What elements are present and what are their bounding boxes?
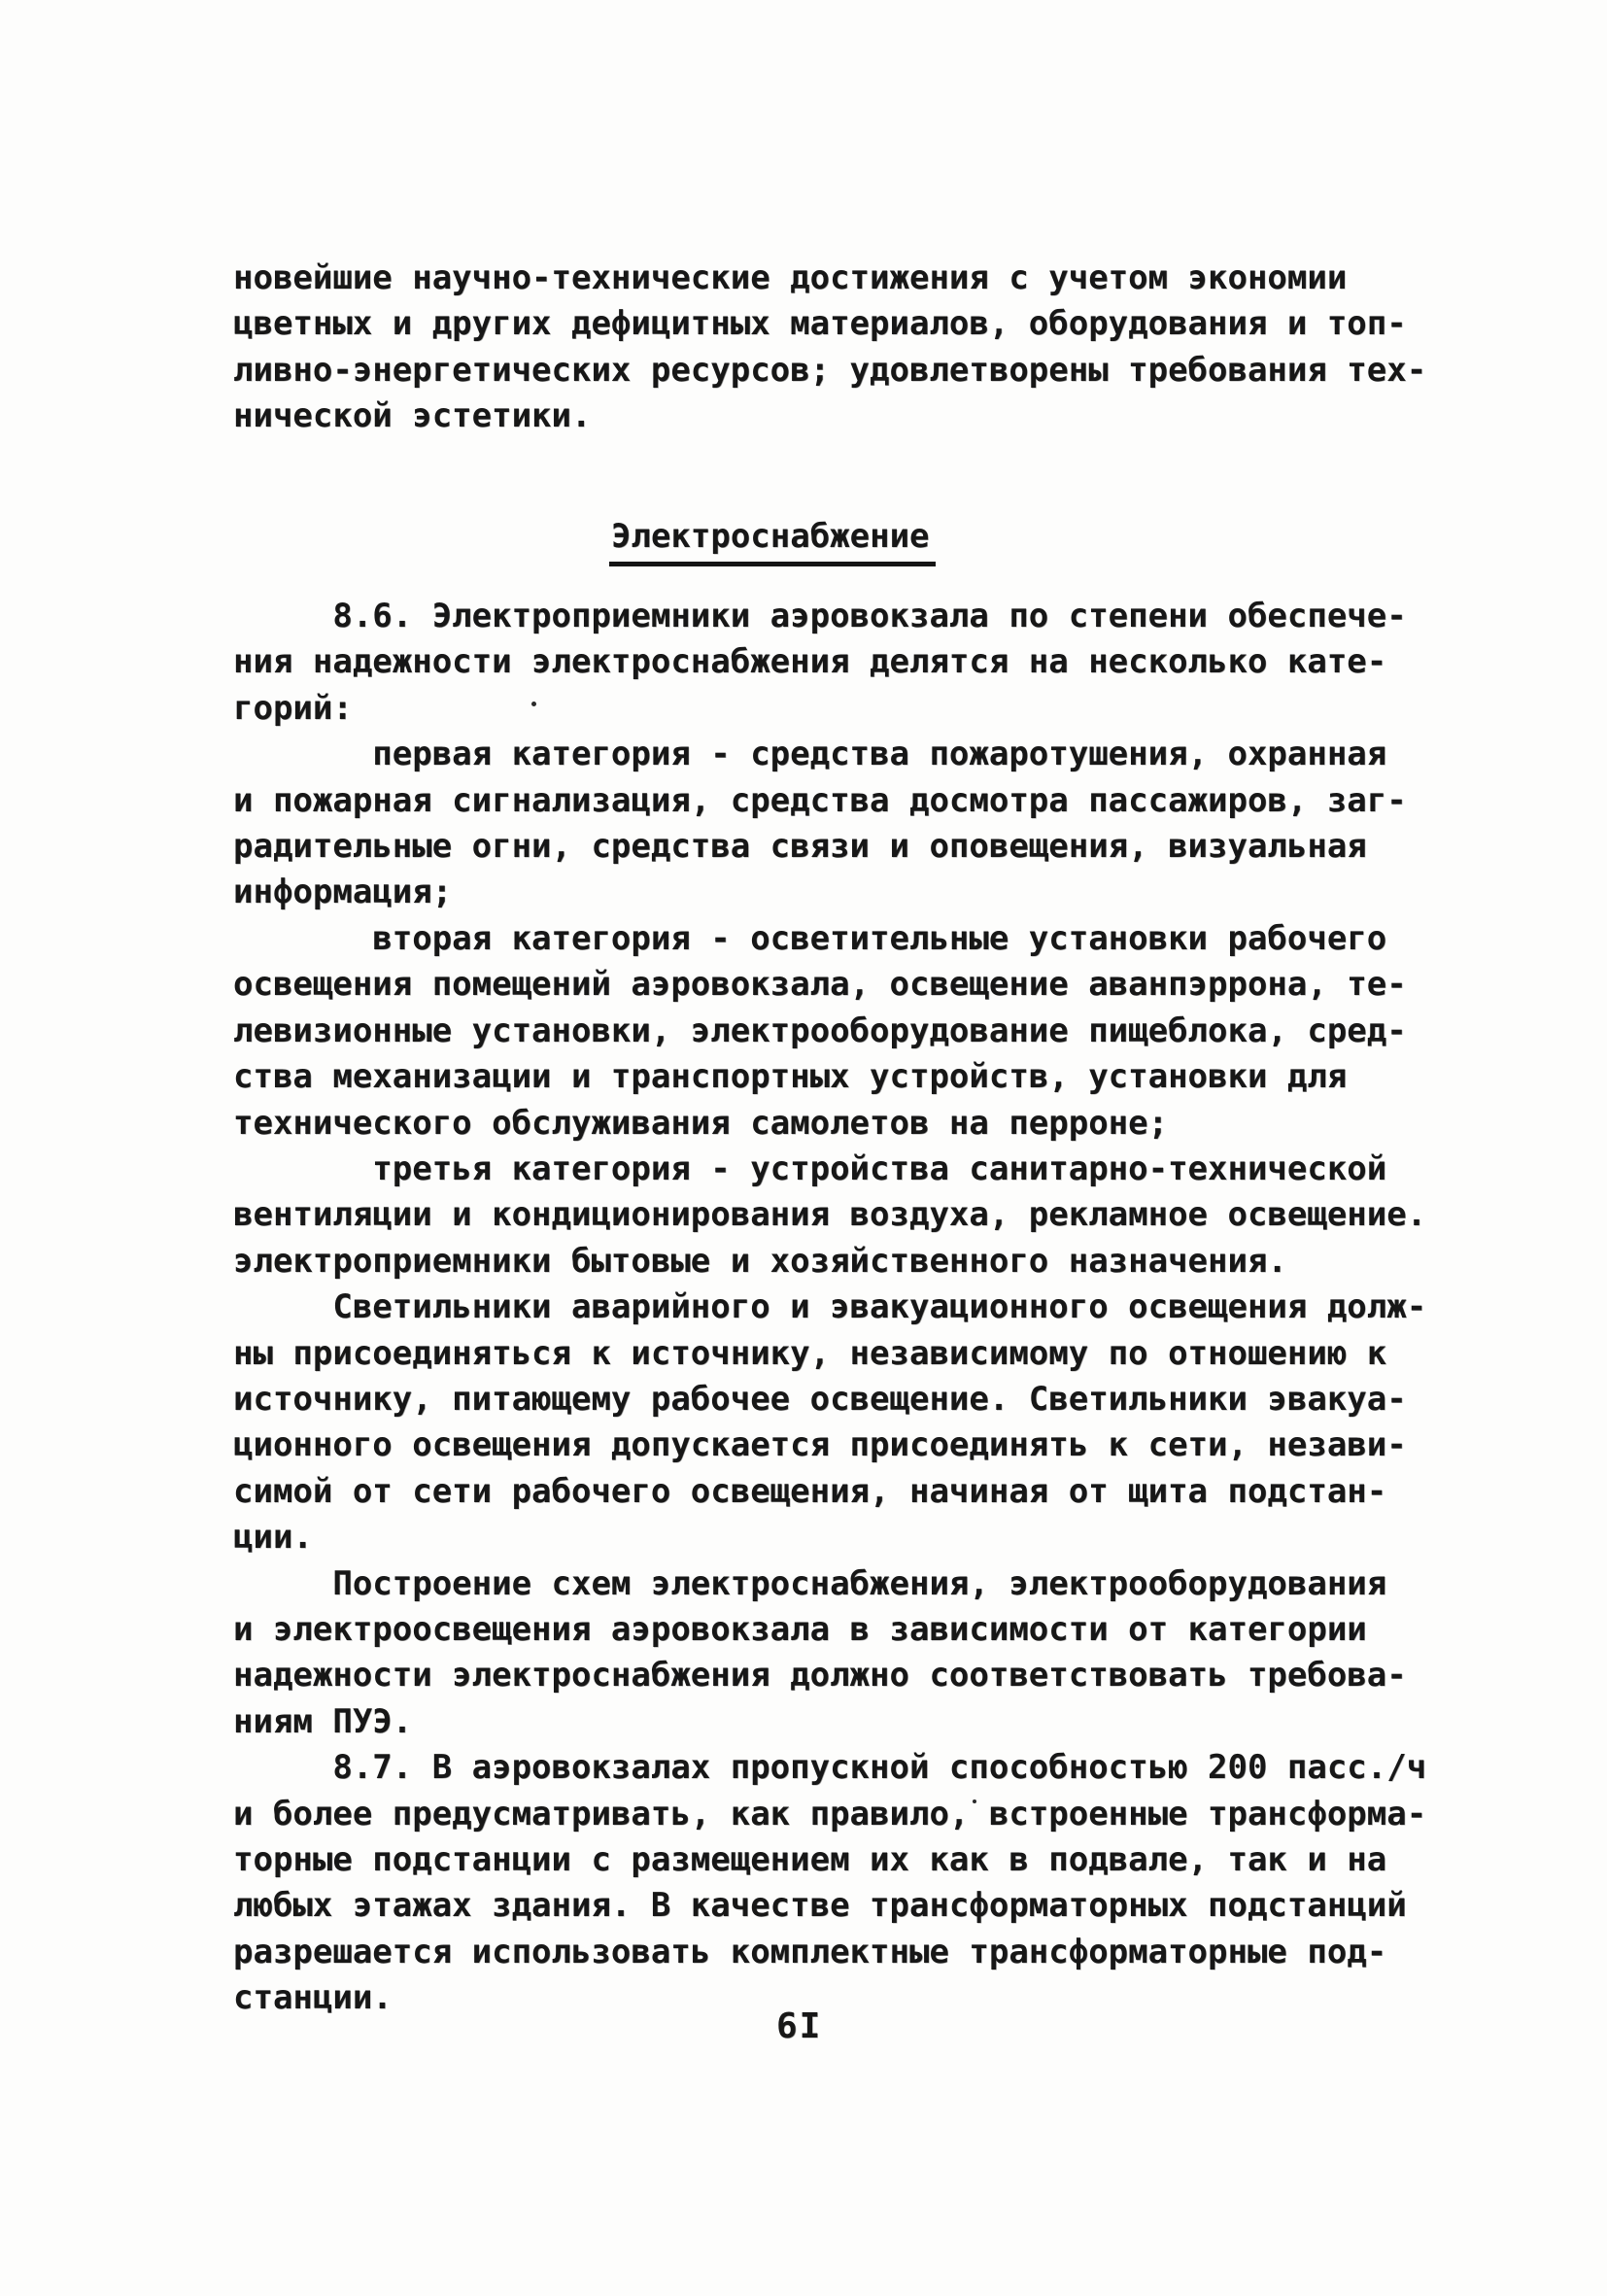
text-line: разрешается использовать комплектные тра… [233, 1930, 1487, 1975]
text-line: вторая категория - осветительные установ… [233, 916, 1487, 962]
section-body: 8.6. Электроприемники аэровокзала по сте… [233, 594, 1487, 2022]
text-line: источнику, питающему рабочее освещение. … [233, 1377, 1487, 1422]
text-line: ционного освещения допускается присоедин… [233, 1422, 1487, 1468]
text-line: горий: [233, 686, 1487, 732]
text-line: ны присоединяться к источнику, независим… [233, 1331, 1487, 1377]
text-line: и электроосвещения аэровокзала в зависим… [233, 1607, 1487, 1653]
text-line: ции. [233, 1515, 1487, 1560]
scan-speck [531, 702, 536, 706]
text-line: третья категория - устройства санитарно-… [233, 1147, 1487, 1192]
text-line: нической эстетики. [233, 394, 1487, 439]
text-line: электроприемники бытовые и хозяйственног… [233, 1239, 1487, 1285]
scanned-document-page: новейшие научно-технические достижения с… [0, 0, 1607, 2296]
paragraph-continuation: новейшие научно-технические достижения с… [233, 256, 1487, 440]
text-line: ства механизации и транспортных устройст… [233, 1054, 1487, 1100]
page-number: 6I [776, 2004, 822, 2049]
text-line: ния надежности электроснабжения делятся … [233, 639, 1487, 685]
text-line: технического обслуживания самолетов на п… [233, 1101, 1487, 1147]
scan-speck [973, 1799, 976, 1803]
text-line: информация; [233, 870, 1487, 915]
text-line: вентиляции и кондиционирования воздуха, … [233, 1192, 1487, 1238]
text-column: новейшие научно-технические достижения с… [233, 256, 1487, 2022]
text-line: Светильники аварийного и эвакуационного … [233, 1285, 1487, 1330]
text-line: симой от сети рабочего освещения, начина… [233, 1469, 1487, 1515]
text-line: левизионные установки, электрооборудован… [233, 1009, 1487, 1054]
text-line: торные подстанции с размещением их как в… [233, 1837, 1487, 1883]
text-line: любых этажах здания. В качестве трансфор… [233, 1883, 1487, 1929]
text-line: освещения помещений аэровокзала, освещен… [233, 962, 1487, 1008]
text-line: надежности электроснабжения должно соотв… [233, 1653, 1487, 1698]
text-line: первая категория - средства пожаротушени… [233, 732, 1487, 777]
text-line: ливно-энергетических ресурсов; удовлетво… [233, 348, 1487, 394]
text-line: цветных и других дефицитных материалов, … [233, 301, 1487, 347]
text-line: станции. [233, 1975, 1487, 2021]
text-line: 8.7. В аэровокзалах пропускной способнос… [233, 1745, 1487, 1791]
text-line: новейшие научно-технические достижения с… [233, 256, 1487, 301]
text-line: ниям ПУЭ. [233, 1699, 1487, 1745]
text-line: 8.6. Электроприемники аэровокзала по сте… [233, 594, 1487, 639]
text-line: радительные огни, средства связи и опове… [233, 824, 1487, 870]
text-line: и более предусматривать, как правило, вс… [233, 1792, 1487, 1837]
text-line: и пожарная сигнализация, средства досмот… [233, 778, 1487, 824]
section-heading: Электроснабжение [609, 514, 936, 566]
text-line: Построение схем электроснабжения, электр… [233, 1561, 1487, 1607]
